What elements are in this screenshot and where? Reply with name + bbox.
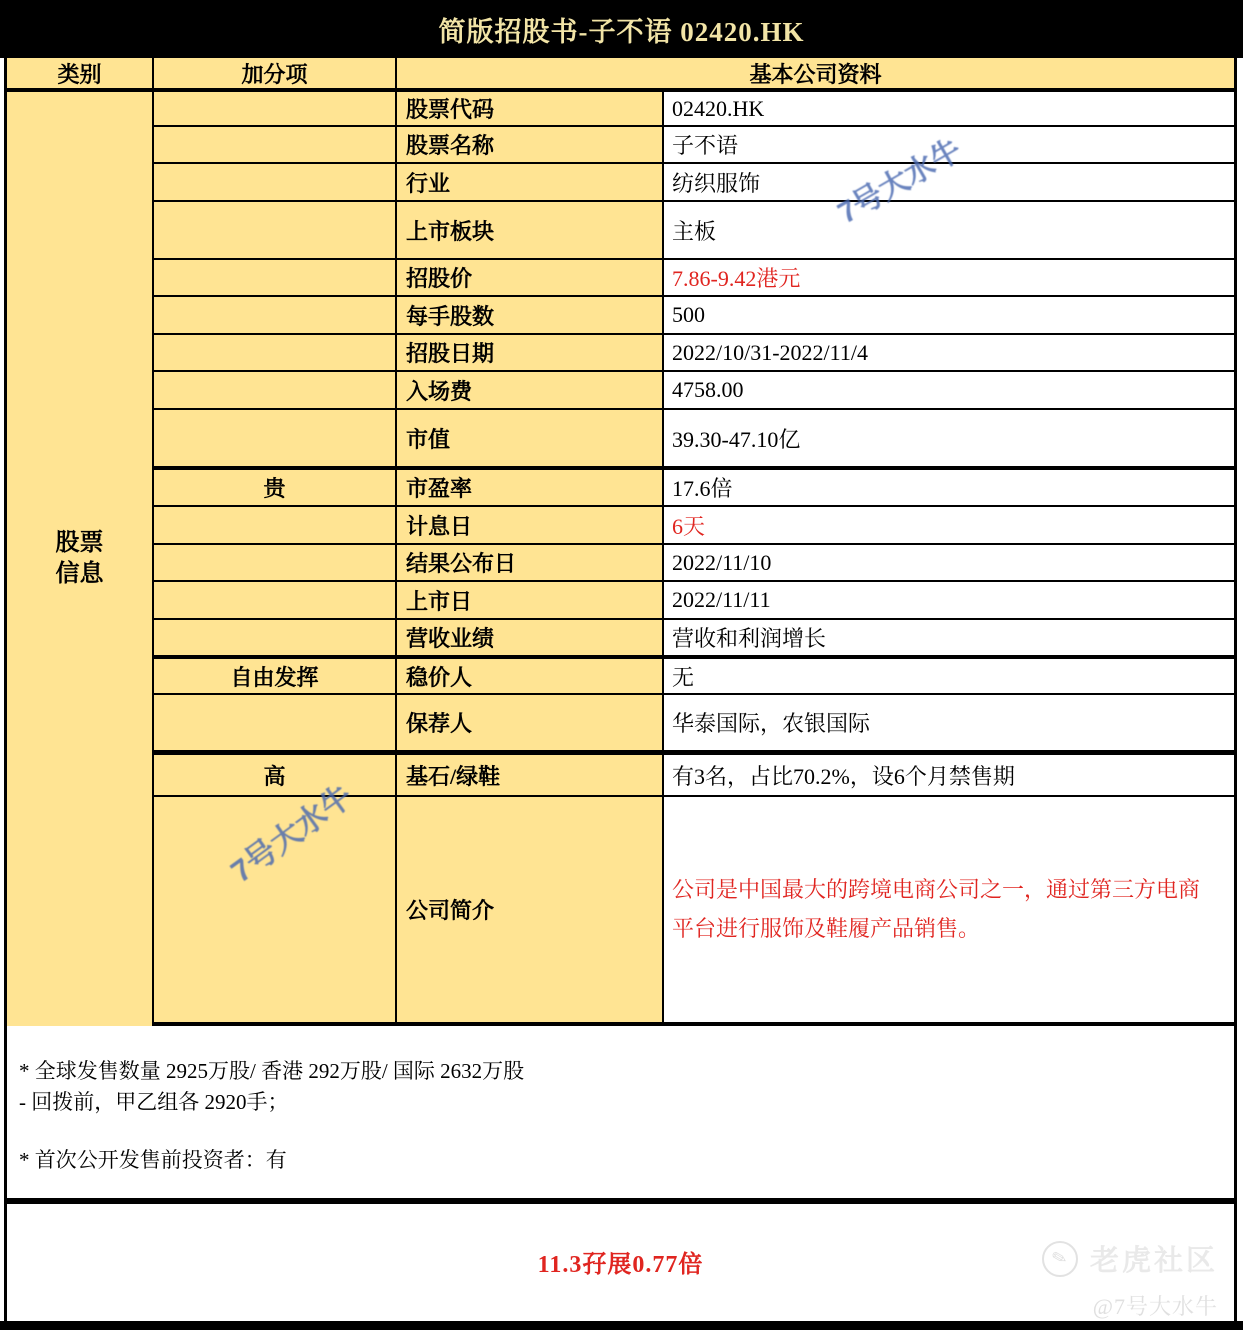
bonus-cell — [154, 297, 397, 335]
value-cell: 营收和利润增长 — [664, 620, 1234, 659]
header-company-info: 基本公司资料 — [397, 58, 1234, 92]
bonus-cell — [154, 164, 397, 202]
label-cell: 股票名称 — [397, 127, 664, 164]
bonus-cell — [154, 582, 397, 620]
label-cell: 计息日 — [397, 507, 664, 545]
bonus-cell — [154, 202, 397, 260]
value-cell: 17.6倍 — [664, 470, 1234, 507]
bonus-cell — [154, 797, 397, 1026]
bonus-cell: 自由发挥 — [154, 659, 397, 695]
value-cell: 7.86-9.42港元 — [664, 260, 1234, 297]
value-cell: 02420.HK — [664, 92, 1234, 127]
bonus-cell — [154, 335, 397, 372]
bottom-border-bar — [0, 1321, 1243, 1330]
label-cell: 结果公布日 — [397, 545, 664, 582]
bonus-cell — [154, 127, 397, 164]
author-handle: @7号大水牛 — [1093, 1290, 1218, 1321]
bonus-cell — [154, 695, 397, 755]
label-cell: 上市日 — [397, 582, 664, 620]
brand-row: ✎ 老虎社区 — [1042, 1238, 1218, 1279]
label-cell: 基石/绿鞋 — [397, 755, 664, 797]
label-cell: 营收业绩 — [397, 620, 664, 659]
bonus-cell — [154, 545, 397, 582]
label-cell: 行业 — [397, 164, 664, 202]
header-bonus: 加分项 — [154, 58, 397, 92]
bonus-cell: 高 — [154, 755, 397, 797]
value-cell: 纺织服饰 — [664, 164, 1234, 202]
label-cell: 保荐人 — [397, 695, 664, 755]
page-title: 简版招股书-子不语 02420.HK — [439, 10, 805, 49]
label-cell: 上市板块 — [397, 202, 664, 260]
header-category: 类别 — [7, 58, 154, 92]
brand-name: 老虎社区 — [1090, 1238, 1218, 1279]
note-clawback: - 回拨前，甲乙组各 2920手； — [19, 1087, 1220, 1118]
value-cell: 4758.00 — [664, 372, 1234, 410]
bonus-cell — [154, 620, 397, 659]
label-cell: 市值 — [397, 410, 664, 470]
notes-section: * 全球发售数量 2925万股/ 香港 292万股/ 国际 2632万股 - 回… — [7, 1026, 1234, 1204]
bonus-cell — [154, 372, 397, 410]
value-cell: 2022/11/11 — [664, 582, 1234, 620]
bonus-cell — [154, 410, 397, 470]
value-cell: 主板 — [664, 202, 1234, 260]
note-pre-ipo-investors: * 首次公开发售前投资者：有 — [19, 1145, 1220, 1176]
label-cell: 每手股数 — [397, 297, 664, 335]
value-cell: 500 — [664, 297, 1234, 335]
prospectus-table: 类别 加分项 基本公司资料 股票 信息 股票代码 02420.HK 股票名称 子… — [4, 58, 1237, 1322]
label-cell: 招股日期 — [397, 335, 664, 372]
bonus-cell — [154, 260, 397, 297]
bonus-cell — [154, 92, 397, 127]
label-cell: 入场费 — [397, 372, 664, 410]
bonus-cell: 贵 — [154, 470, 397, 507]
value-cell: 子不语 — [664, 127, 1234, 164]
note-offering-size: * 全球发售数量 2925万股/ 香港 292万股/ 国际 2632万股 — [19, 1056, 1220, 1087]
value-cell: 公司是中国最大的跨境电商公司之一，通过第三方电商平台进行服饰及鞋履产品销售。 — [664, 797, 1234, 1026]
label-cell: 稳价人 — [397, 659, 664, 695]
value-cell: 6天 — [664, 507, 1234, 545]
title-bar: 简版招股书-子不语 02420.HK — [0, 0, 1243, 58]
value-cell: 华泰国际，农银国际 — [664, 695, 1234, 755]
value-cell: 2022/11/10 — [664, 545, 1234, 582]
bonus-cell — [154, 507, 397, 545]
footer-section: 11.3孖展0.77倍 ✎ 老虎社区 @7号大水牛 — [7, 1204, 1234, 1322]
label-cell: 市盈率 — [397, 470, 664, 507]
label-cell: 公司简介 — [397, 797, 664, 1026]
value-cell: 无 — [664, 659, 1234, 695]
value-cell: 有3名，占比70.2%，设6个月禁售期 — [664, 755, 1234, 797]
label-cell: 股票代码 — [397, 92, 664, 127]
label-cell: 招股价 — [397, 260, 664, 297]
pen-circle-icon: ✎ — [1042, 1241, 1078, 1277]
value-cell: 39.30-47.10亿 — [664, 410, 1234, 470]
value-cell: 2022/10/31-2022/11/4 — [664, 335, 1234, 372]
category-cell: 股票 信息 — [7, 92, 154, 1026]
table-grid: 类别 加分项 基本公司资料 股票 信息 股票代码 02420.HK 股票名称 子… — [7, 58, 1234, 1026]
